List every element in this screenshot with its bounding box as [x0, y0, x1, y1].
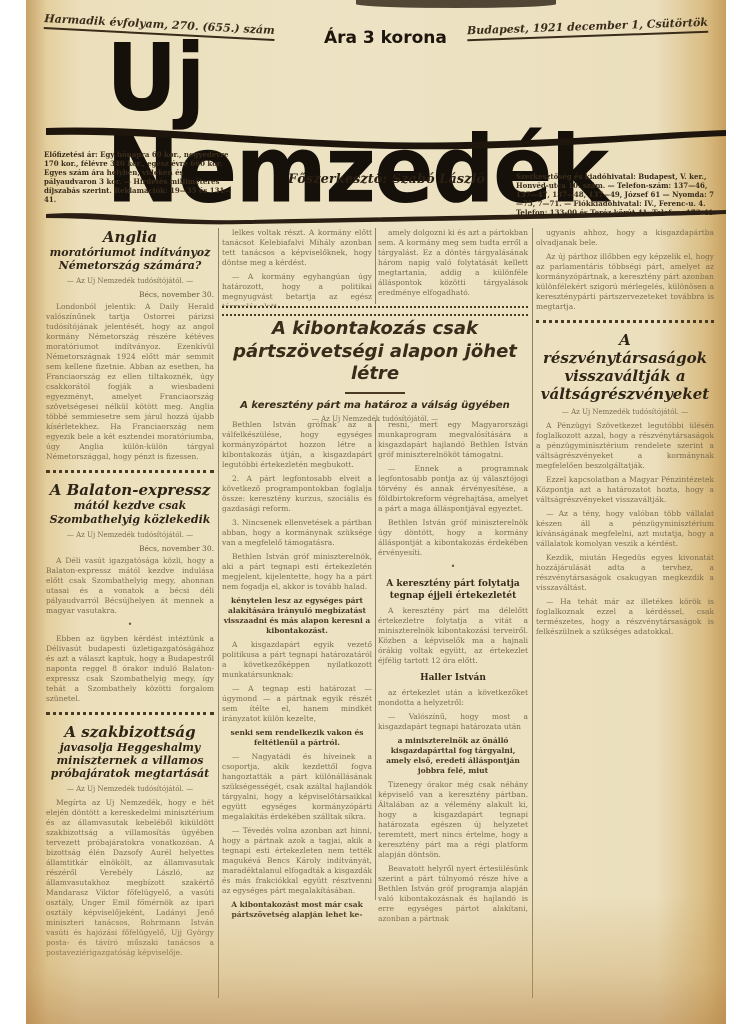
lead-column-right: resni, mert egy Magyarországi munkaprogr… [378, 420, 528, 928]
lead-column-left: Bethlen István grófnak az a válfelkészül… [222, 420, 372, 924]
article-body: — Ennek a programnak legfontosabb pontja… [378, 464, 528, 514]
article-body: Bethlen István gróf miniszterelnök úgy d… [378, 518, 528, 558]
page-shadow [356, 0, 556, 8]
section-star: • [46, 620, 214, 630]
article-body: Megírta az Uj Nemzedék, hogy e hét elejé… [46, 798, 214, 958]
column-2-top: lelkes voltak részt. A kormány előtt tan… [222, 228, 372, 306]
article-body: Bethlen István grófnak az a válfelkészül… [222, 420, 372, 470]
article-subheadline: mától kezdve csak Szombathelyig közleked… [46, 499, 214, 525]
article-subheadline: moratóriumot indítványoz Németország szá… [46, 246, 214, 272]
article-headline: A részvénytársaságok visszaváltják a vál… [536, 331, 714, 403]
column-rule [375, 420, 376, 900]
headline-rule [345, 392, 405, 394]
masthead-swoosh [46, 122, 726, 152]
article-body: — Valószínű, hogy most a kisgazdapárt te… [378, 712, 528, 732]
article-body: — Ha tehát már az illetékes körök is fog… [536, 597, 714, 637]
article-body: Ebben az ügyben kérdést intéztünk a Déli… [46, 634, 214, 704]
speaker-name: Haller István [378, 672, 528, 684]
bold-paragraph: A kibontakozást most már csak pártszövet… [222, 900, 372, 920]
subscription-info: Előfizetési ár: Egy hónapra 60 kor., neg… [44, 150, 234, 204]
article-body: Bethlen István gróf miniszterelnök, aki … [222, 552, 372, 592]
article-body: 2. A párt legfontosabb elveit a következ… [222, 474, 372, 514]
article-subheadline: javasolja Heggeshalmy miniszternek a vil… [46, 741, 214, 781]
article-body: Az új párthoz illőbben egy képzelik el, … [536, 252, 714, 312]
article-body: Londonból jelentik: A Daily Herald valós… [46, 302, 214, 462]
article-headline: Anglia [46, 228, 214, 246]
section-headline: A keresztény párt folytatja tegnap éjjel… [378, 578, 528, 602]
column-1: Anglia moratóriumot indítványoz Németors… [46, 228, 214, 962]
column-rule [375, 228, 376, 304]
newspaper-page: Harmadik évfolyam, 270. (655.) szám Ára … [26, 0, 726, 1024]
article-headline: A Balaton-expressz [46, 481, 214, 499]
column-3-top: amely dolgozni ki és azt a pártokban sem… [378, 228, 528, 306]
article-body: A kisgazdapárt egyik vezető politikusa a… [222, 640, 372, 680]
article-body: — Az a tény, hogy valóban több vállalat … [536, 509, 714, 549]
article-body: Ezzel kapcsolatban a Magyar Pénzintézete… [536, 475, 714, 505]
article-body: ugyanis ahhoz, hogy a kisgazdapártba olv… [536, 228, 714, 248]
article-body: A Déli vasút igazgatósága közli, hogy a … [46, 556, 214, 616]
article-body: az értekezlet után a következőket mondot… [378, 688, 528, 708]
article-body: 3. Nincsenek ellenvetések a pártban abba… [222, 518, 372, 548]
bold-paragraph: a miniszterelnök az önálló kisgazdapártt… [378, 736, 528, 776]
article-dateline: Bécs, november 30. [46, 544, 214, 554]
article-body: Tizenegy órakor még csak néhány képvisel… [378, 780, 528, 860]
article-body: Beavatott helyről nyert értesülésünk sze… [378, 864, 528, 924]
article-headline: A szakbizottság [46, 723, 214, 741]
article-divider [536, 320, 714, 323]
article-credit: — Az Uj Nemzedék tudósítójától. — [46, 276, 214, 286]
bold-paragraph: senki sem rendelkezik vakon és feltétlen… [222, 728, 372, 748]
column-rule [218, 228, 219, 998]
chain-divider [222, 306, 528, 316]
article-body: Kezdik, miután Hegedüs egyes kivonatát h… [536, 553, 714, 593]
lead-headline: A kibontakozás csak pártszövetségi alapo… [222, 318, 528, 386]
lead-article-header: A kibontakozás csak pártszövetségi alapo… [222, 318, 528, 427]
article-body: resni, mert egy Magyarországi munkaprogr… [378, 420, 528, 460]
editor-in-chief: Főszerkesztő: Szabó László [288, 172, 485, 187]
lead-subheadline: A keresztény párt ma határoz a válság üg… [222, 400, 528, 411]
article-credit: — Az Uj Nemzedék tudósítójától. — [46, 530, 214, 540]
article-dateline: Bécs, november 30. [46, 290, 214, 300]
column-rule [532, 228, 533, 998]
article-body: — Tévedés volna azonban azt hinni, hogy … [222, 826, 372, 896]
section-star: • [378, 562, 528, 572]
article-body: — Nagyatádi és híveinek a csoportja, aki… [222, 752, 372, 822]
article-body: amely dolgozni ki és azt a pártokban sem… [378, 228, 528, 298]
article-body: A Pénzügyi Szövetkezet legutóbbi ülésén … [536, 421, 714, 471]
article-credit: — Az Uj Nemzedék tudósítójától. — [536, 407, 714, 417]
header-divider [46, 208, 726, 228]
article-body: — A kormány egyhangúan úgy határozott, h… [222, 272, 372, 306]
article-body: A keresztény párt ma délelőtt értekezlet… [378, 606, 528, 666]
bold-paragraph: kénytelen lesz az egységes párt alakítás… [222, 596, 372, 636]
article-credit: — Az Uj Nemzedék tudósítójától. — [46, 784, 214, 794]
article-divider [46, 712, 214, 715]
article-divider [46, 470, 214, 473]
column-4: ugyanis ahhoz, hogy a kisgazdapártba olv… [536, 228, 714, 641]
article-body: lelkes voltak részt. A kormány előtt tan… [222, 228, 372, 268]
article-body: — A tegnap esti határozat — úgymond — a … [222, 684, 372, 724]
